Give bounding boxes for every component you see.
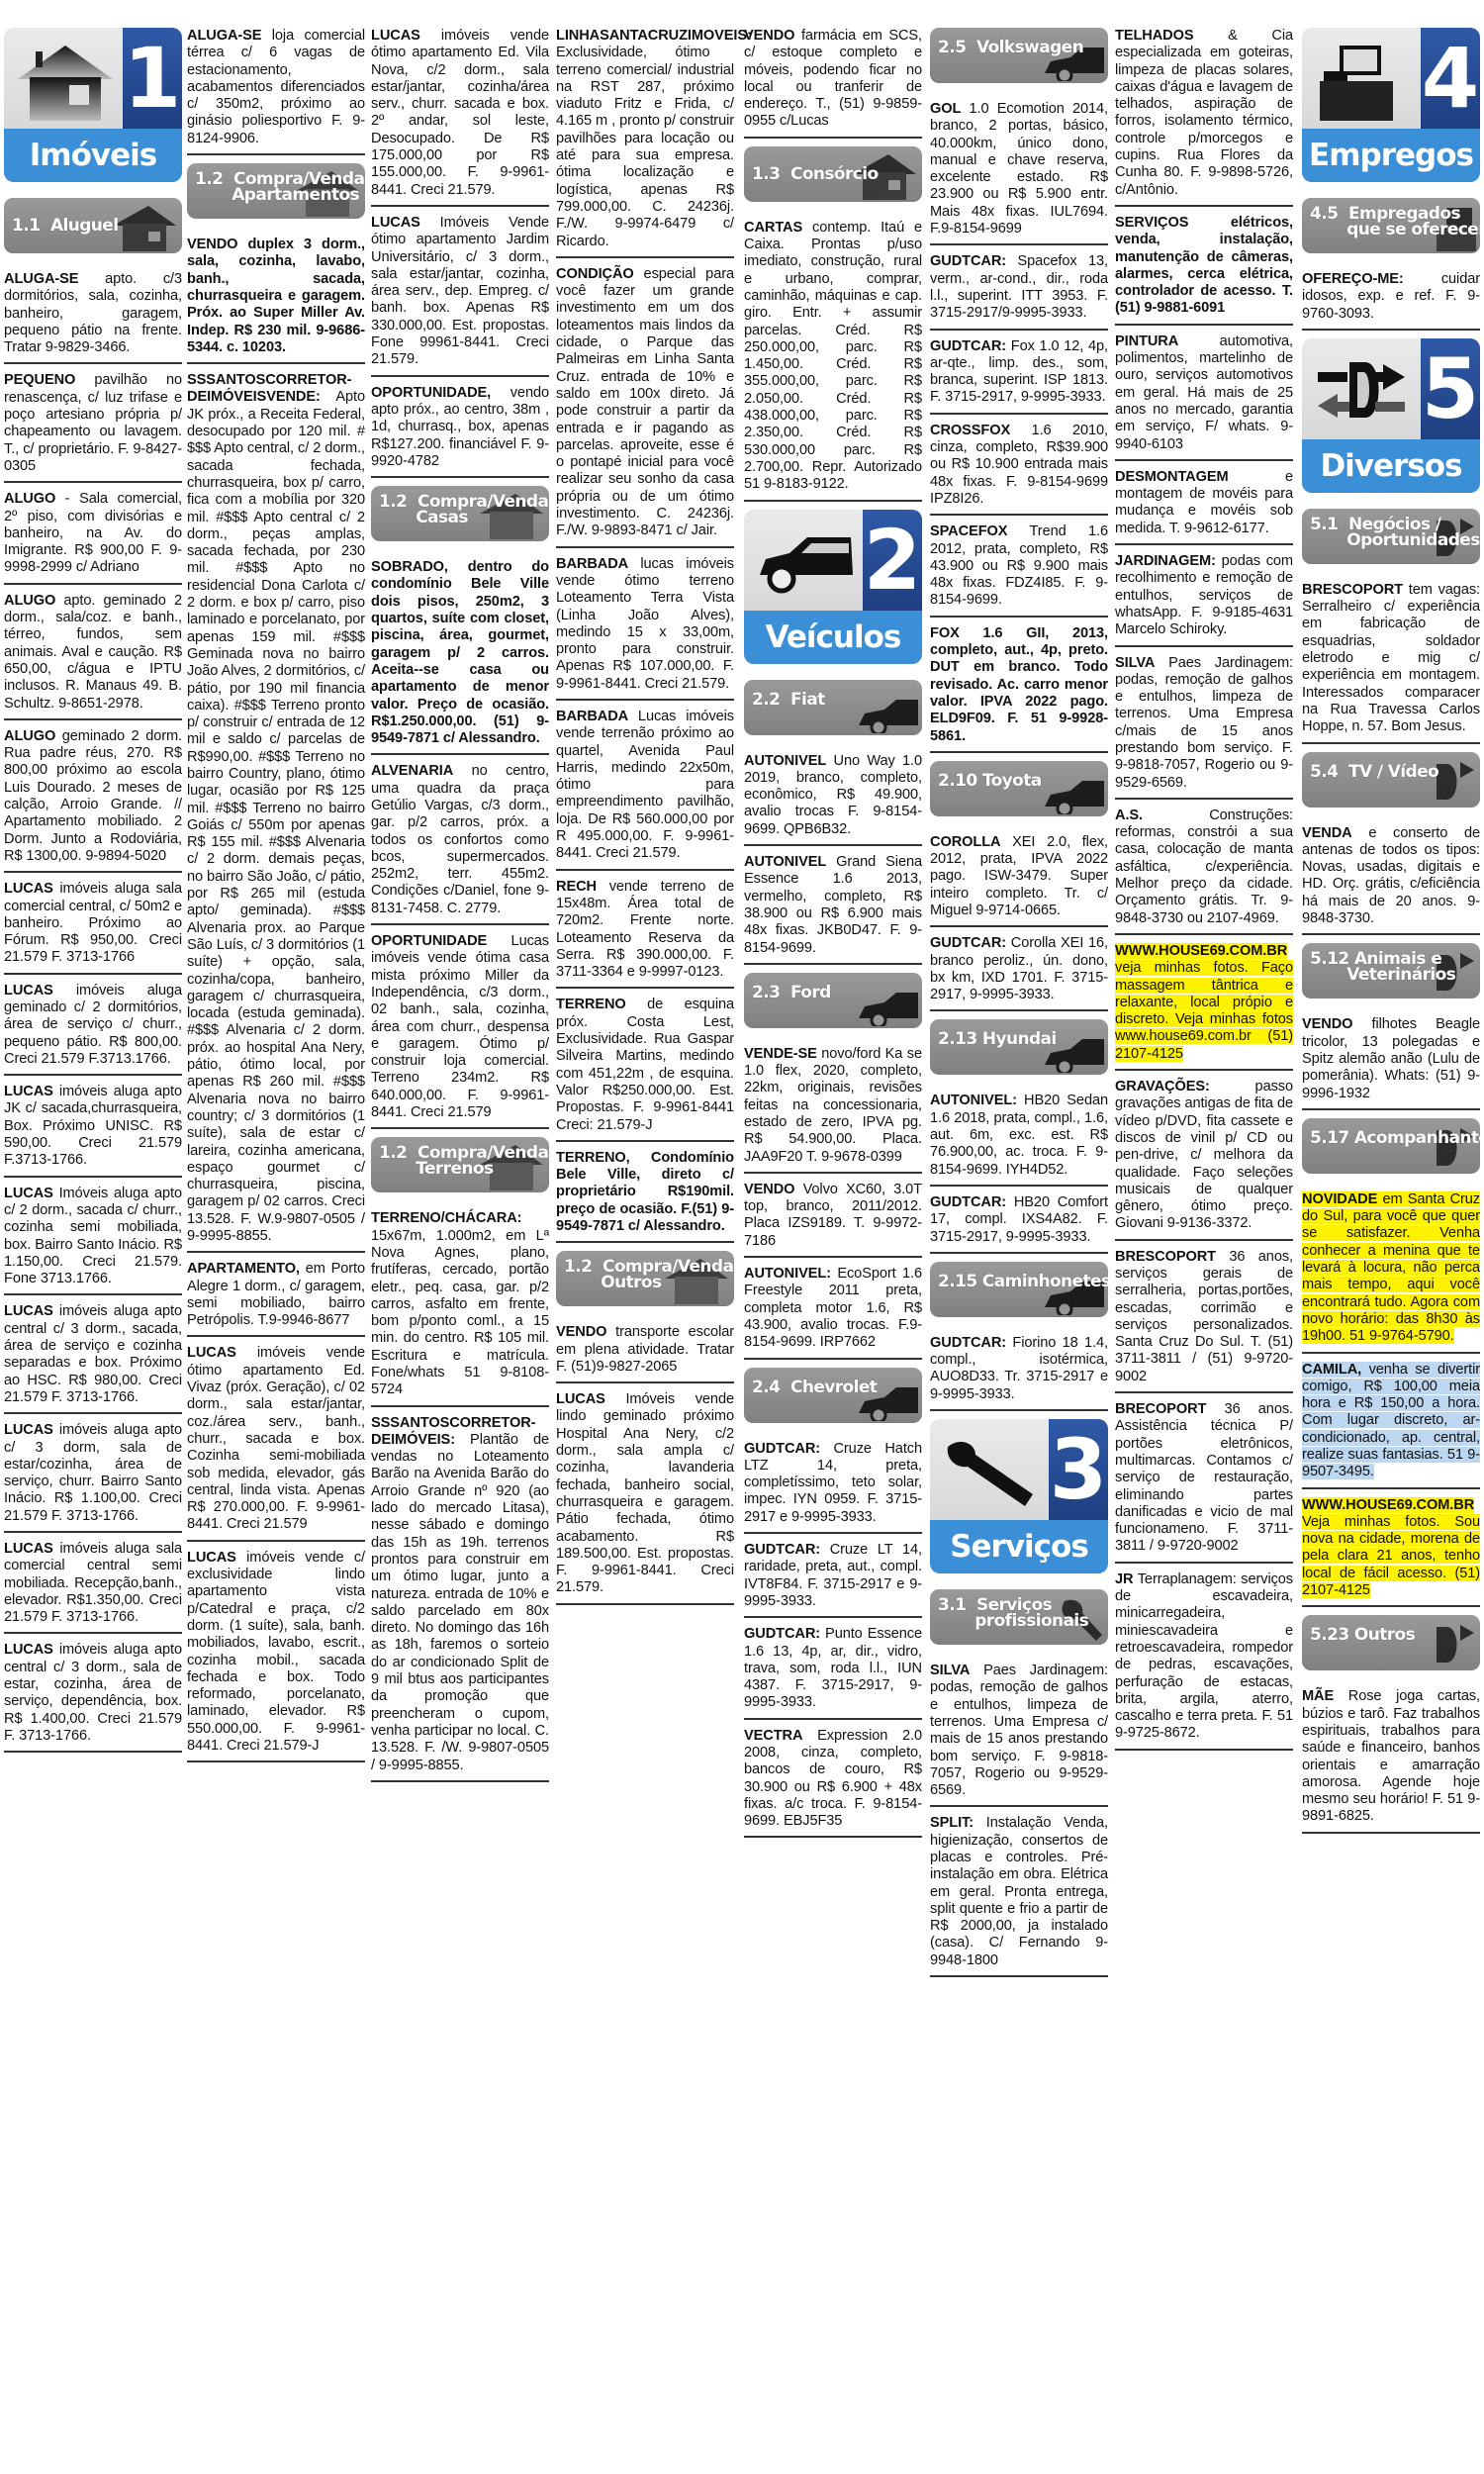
- ads-list: VENDO transporte escolar em plena ativid…: [556, 1324, 734, 1604]
- ads-list: NOVIDADE em Santa Cruz do Sul, para você…: [1302, 1191, 1480, 1608]
- ad-keyword: CROSSFOX: [930, 423, 1010, 438]
- ads-list: AUTONIVEL: HB20 Sedan 1.6 2018, prata, c…: [930, 1093, 1108, 1253]
- subsection-label: 1.1 Aluguel: [12, 218, 118, 234]
- ad-keyword: SPACEFOX: [930, 523, 1007, 539]
- classified-ad: LUCAS imóveis aluga apto JK c/ sacada,ch…: [4, 1084, 182, 1177]
- classified-ad: MÃE Rose joga cartas, búzios e tarô. Faz…: [1302, 1688, 1480, 1833]
- column-7: TELHADOS & Cia especializada em goteiras…: [1115, 28, 1293, 1759]
- wrench-icon: [942, 1433, 1041, 1512]
- ad-text: automotiva, polimentos, martelinho de ou…: [1115, 333, 1293, 452]
- subsection-header-terrenos: 1.2 Compra/Venda Terrenos: [371, 1137, 549, 1192]
- subsection-header-casas: 1.2 Compra/Venda Casas: [371, 486, 549, 541]
- ad-text: no centro, uma quadra da praça Getúlio V…: [371, 763, 549, 915]
- classified-ad: LUCAS Imóveis aluga apto c/ 2 dorm., sac…: [4, 1186, 182, 1296]
- classified-ad: VENDO duplex 3 dorm., sala, cozinha, lav…: [187, 237, 365, 364]
- ads-list: GOL 1.0 Ecomotion 2014, branco, 2 portas…: [930, 101, 1108, 753]
- ad-keyword: BARBADA: [556, 709, 628, 724]
- ad-text: em Santa Cruz do Sul, para você que quer…: [1302, 1191, 1480, 1344]
- ad-text: passo gravações antigas de fita de vídeo…: [1115, 1079, 1293, 1231]
- ads-list: VENDA e conserto de antenas de todos os …: [1302, 825, 1480, 936]
- ad-keyword: SILVA: [930, 1663, 970, 1678]
- ad-keyword: FOX 1.6 GII, 2013, completo, aut., 4p, p…: [930, 625, 1108, 744]
- classified-ad: FOX 1.6 GII, 2013, completo, aut., 4p, p…: [930, 625, 1108, 753]
- ad-keyword: LUCAS: [556, 1391, 605, 1407]
- ad-keyword: LUCAS: [4, 881, 53, 897]
- classified-ad: LUCAS imóveis aluga sala comercial centr…: [4, 1541, 182, 1634]
- ad-text: 15x67m, 1.000m2, em Lª Nova Agnes, plano…: [371, 1228, 549, 1398]
- ad-text: de esquina próx. Costa Lest, Exclusivida…: [556, 997, 734, 1132]
- classified-ad: SILVA Paes Jardinagem: podas, remoção de…: [1115, 655, 1293, 800]
- ad-text: contemp. Itaú e Caixa. Prontas p/uso ime…: [744, 220, 922, 492]
- ads-list: VENDO duplex 3 dorm., sala, cozinha, lav…: [187, 237, 365, 1762]
- ad-text: loja comercial térrea c/ 6 vagas de esta…: [187, 28, 365, 146]
- subsection-label: 5.12 Animais e Veterinários: [1310, 951, 1455, 983]
- ad-keyword: WWW.HOUSE69.COM.BR: [1302, 1497, 1474, 1513]
- classified-ad: GUDTCAR: HB20 Comfort 17, compl. IXS4A82…: [930, 1194, 1108, 1254]
- section-number: 1: [123, 28, 182, 129]
- classifieds-page: 1 Imóveis 1.1 Aluguel ALUGA-SE apto. c/3…: [0, 0, 1484, 2474]
- ad-keyword: LUCAS: [371, 215, 420, 231]
- ad-keyword: LUCAS: [4, 1642, 53, 1658]
- classified-ad: A.S. Construções: reformas, constrói a s…: [1115, 808, 1293, 935]
- subsection-header-consorcio: 1.3 Consórcio: [744, 146, 922, 202]
- ad-text: lucas imóveis vende ótimo terreno Loteam…: [556, 556, 734, 692]
- classified-ad: RECH vende terreno de 15x48m. Área total…: [556, 879, 734, 990]
- section-title: Imóveis: [4, 129, 182, 182]
- ad-keyword: GUDTCAR:: [744, 1626, 820, 1642]
- ad-keyword: TELHADOS: [1115, 28, 1193, 44]
- classified-ad: VENDO farmácia em SCS, c/ estoque comple…: [744, 28, 922, 139]
- ad-keyword: GOL: [930, 101, 961, 117]
- subsection-header-chevrolet: 2.4 Chevrolet: [744, 1368, 922, 1423]
- ad-text: Instalação Venda, higienização, conserto…: [930, 1815, 1108, 1967]
- ad-text: Imóveis vende lindo geminado próximo Hos…: [556, 1391, 734, 1595]
- subsection-header-apartamentos: 1.2 Compra/Venda Apartamentos: [187, 163, 365, 219]
- classified-ad: SPACEFOX Trend 1.6 2012, prata, completo…: [930, 523, 1108, 617]
- ad-keyword: RECH: [556, 879, 597, 895]
- ad-keyword: VENDE-SE: [744, 1046, 817, 1062]
- subsection-header-toyota: 2.10 Toyota: [930, 761, 1108, 816]
- classified-ad: ALUGO geminado 2 dorm. Rua padre réus, 2…: [4, 728, 182, 873]
- subsection-header-acompanhantes: 5.17 Acompanhantes: [1302, 1118, 1480, 1174]
- ad-keyword: AUTONIVEL: [744, 854, 826, 870]
- classified-ad: GUDTCAR: Cruze Hatch LTZ 14, preta, comp…: [744, 1441, 922, 1534]
- ad-text: Apto JK próx., a Receita Federal, desocu…: [187, 389, 365, 1244]
- subsection-label: 5.17 Acompanhantes: [1310, 1130, 1480, 1146]
- classified-ad: BARBADA Lucas imóveis vende terrenão pró…: [556, 709, 734, 871]
- ad-keyword: GUDTCAR:: [744, 1542, 820, 1558]
- classified-ad: GUDTCAR: Fox 1.0 12, 4p, ar-qte., limp. …: [930, 338, 1108, 415]
- section-tile-veiculos: 2 Veículos: [744, 510, 922, 664]
- ad-keyword: LUCAS: [4, 983, 53, 999]
- classified-ad: ALVENARIA no centro, uma quadra da praça…: [371, 763, 549, 925]
- ads-list: TELHADOS & Cia especializada em goteiras…: [1115, 28, 1293, 1751]
- classified-ad: WWW.HOUSE69.COM.BR veja minhas fotos. Fa…: [1115, 943, 1293, 1071]
- car-icon: [756, 523, 855, 603]
- subsection-header-fiat: 2.2 Fiat: [744, 680, 922, 735]
- classified-ad: OPORTUNIDADE, vendo apto próx., ao centr…: [371, 385, 549, 478]
- ad-text: especial para você fazer um grande inves…: [556, 266, 734, 538]
- ads-list: SILVA Paes Jardinagem: podas, remoção de…: [930, 1663, 1108, 1977]
- ad-keyword: ALUGA-SE: [4, 271, 78, 287]
- ads-list: LUCAS imóveis vende ótimo apartamento Ed…: [371, 28, 549, 478]
- ad-keyword: MÃE: [1302, 1688, 1334, 1704]
- classified-ad: SPLIT: Instalação Venda, higienização, c…: [930, 1815, 1108, 1977]
- ad-keyword: VENDO: [744, 28, 794, 44]
- classified-ad: COROLLA XEI 2.0, flex, 2012, prata, IPVA…: [930, 834, 1108, 927]
- ad-text: Terraplanagem: serviços de escavadeira, …: [1115, 1571, 1293, 1742]
- ads-list: ALUGA-SE loja comercial térrea c/ 6 vaga…: [187, 28, 365, 155]
- ad-keyword: TERRENO/CHÁCARA:: [371, 1210, 521, 1226]
- classified-ad: VENDO Volvo XC60, 3.0T top, branco, 2011…: [744, 1182, 922, 1258]
- ad-text: tem vagas: Serralheiro c/ experiência em…: [1302, 582, 1480, 734]
- column-6: 2.5 Volkswagen GOL 1.0 Ecomotion 2014, b…: [930, 28, 1108, 1985]
- ad-keyword: LUCAS: [371, 28, 420, 44]
- ad-keyword: WWW.HOUSE69.COM.BR: [1115, 943, 1287, 959]
- ads-list: COROLLA XEI 2.0, flex, 2012, prata, IPVA…: [930, 834, 1108, 1012]
- column-5: VENDO farmácia em SCS, c/ estoque comple…: [744, 28, 922, 1846]
- classified-ad: LUCAS imóveis aluga apto c/ 3 dorm, sala…: [4, 1422, 182, 1533]
- classified-ad: DESMONTAGEM e montagem de movéis para mu…: [1115, 469, 1293, 545]
- ad-text: imóveis vende ótimo apartamento Ed. Viva…: [187, 1345, 365, 1532]
- subsection-label: 5.1 Negócios / Oportunidades: [1310, 517, 1480, 548]
- subsection-label: 2.3 Ford: [752, 985, 831, 1000]
- ad-keyword: LUCAS: [4, 1186, 53, 1201]
- classified-ad: SERVIÇOS elétricos, venda, instalação, m…: [1115, 215, 1293, 326]
- ad-keyword: PINTURA: [1115, 333, 1178, 349]
- ad-keyword: ALVENARIA: [371, 763, 453, 779]
- diversos-arrows-icon: [1314, 352, 1413, 431]
- ad-keyword: GUDTCAR:: [930, 253, 1006, 269]
- classified-ad: LUCAS imóveis vende ótimo apartamento Ed…: [371, 28, 549, 207]
- ads-list: TERRENO/CHÁCARA: 15x67m, 1.000m2, em Lª …: [371, 1210, 549, 1782]
- section-title: Serviços: [930, 1520, 1108, 1573]
- classified-ad: AUTONIVEL Grand Siena Essence 1.6 2013, …: [744, 854, 922, 965]
- section-tile-imoveis: 1 Imóveis: [4, 28, 182, 182]
- subsection-label: 2.13 Hyundai: [938, 1031, 1057, 1047]
- subsection-header-caminhonetes: 2.15 Caminhonetes: [930, 1262, 1108, 1317]
- ads-list: BRESCOPORT tem vagas: Serralheiro c/ exp…: [1302, 582, 1480, 744]
- classified-ad: BRECOPORT 36 anos. Assistência técnica P…: [1115, 1401, 1293, 1564]
- ad-keyword: GUDTCAR:: [930, 338, 1006, 354]
- ads-list: LINHASANTACRUZIMOVEIS: Exclusividade, ót…: [556, 28, 734, 1243]
- ad-keyword: BRECOPORT: [1115, 1401, 1206, 1417]
- subsection-header-tv-video: 5.4 TV / Vídeo: [1302, 752, 1480, 808]
- subsection-header-ford: 2.3 Ford: [744, 973, 922, 1028]
- ad-keyword: GUDTCAR:: [930, 1194, 1006, 1210]
- classified-ad: VENDA e conserto de antenas de todos os …: [1302, 825, 1480, 936]
- subsection-header-hyundai: 2.13 Hyundai: [930, 1019, 1108, 1075]
- ad-keyword: LUCAS: [187, 1550, 236, 1566]
- ad-text: Construções: reformas, constrói a sua ca…: [1115, 808, 1293, 926]
- ad-keyword: SPLIT:: [930, 1815, 974, 1831]
- ad-text: Exclusividade, ótimo terreno comercial/ …: [556, 45, 734, 248]
- ad-text: geminado 2 dorm. Rua padre réus, 270. R$…: [4, 728, 182, 864]
- subsection-label: 2.4 Chevrolet: [752, 1380, 877, 1395]
- ad-keyword: VENDO duplex 3 dorm., sala, cozinha, lav…: [187, 237, 365, 355]
- classified-ad: CARTAS contemp. Itaú e Caixa. Prontas p/…: [744, 220, 922, 502]
- house-icon: [16, 42, 115, 121]
- ad-keyword: OPORTUNIDADE: [371, 933, 487, 949]
- classified-ad: APARTAMENTO, em Porto Alegre 1 dorm., c/…: [187, 1261, 365, 1337]
- classified-ad: AUTONIVEL: EcoSport 1.6 Freestyle 2011 p…: [744, 1266, 922, 1359]
- ad-keyword: LUCAS: [4, 1541, 53, 1557]
- classified-ad: TERRENO de esquina próx. Costa Lest, Exc…: [556, 997, 734, 1141]
- subsection-header-aluguel: 1.1 Aluguel: [4, 198, 182, 253]
- ad-keyword: JR: [1115, 1571, 1133, 1587]
- subsection-label: 2.10 Toyota: [938, 773, 1042, 789]
- classified-ad: JR Terraplanagem: serviços de escavadeir…: [1115, 1571, 1293, 1751]
- ad-keyword: AUTONIVEL:: [930, 1093, 1017, 1108]
- ad-text: Paes Jardinagem: podas, remoção de galho…: [930, 1663, 1108, 1798]
- desk-computer-icon: [1314, 42, 1413, 121]
- ad-keyword: APARTAMENTO,: [187, 1261, 300, 1277]
- classified-ad: BRESCOPORT 36 anos, serviços gerais de s…: [1115, 1249, 1293, 1393]
- ad-keyword: VENDO: [556, 1324, 606, 1340]
- classified-ad: ALUGO apto. geminado 2 dorm., sala/coz. …: [4, 593, 182, 720]
- classified-ad: CROSSFOX 1.6 2010, cinza, completo, R$39…: [930, 423, 1108, 516]
- ads-list: VENDO filhotes Beagle tricolor, 13 poleg…: [1302, 1016, 1480, 1109]
- subsection-header-animais: 5.12 Animais e Veterinários: [1302, 943, 1480, 999]
- ad-keyword: GUDTCAR:: [930, 935, 1006, 951]
- ads-list: SOBRADO, dentro do condomínio Bele Ville…: [371, 559, 549, 1129]
- classified-ad: BRESCOPORT tem vagas: Serralheiro c/ exp…: [1302, 582, 1480, 744]
- classified-ad: LUCAS imóveis aluga apto central c/ 3 do…: [4, 1303, 182, 1414]
- ad-keyword: TERRENO, Condomínio Bele Ville, direto c…: [556, 1150, 734, 1234]
- classified-ad: PINTURA automotiva, polimentos, martelin…: [1115, 333, 1293, 461]
- classified-ad: LUCAS Imóveis vende lindo geminado próxi…: [556, 1391, 734, 1605]
- ad-keyword: GRAVAÇÕES:: [1115, 1079, 1210, 1094]
- classified-ad: SSSANTOSCORRETOR-DEIMÓVEISVENDE: Apto JK…: [187, 372, 365, 1253]
- ad-keyword: VECTRA: [744, 1728, 802, 1744]
- classified-ad: LUCAS imóveis aluga sala comercial centr…: [4, 881, 182, 974]
- ad-keyword: ALUGA-SE: [187, 28, 261, 44]
- ad-keyword: ALUGO: [4, 728, 55, 744]
- car-icon: [849, 686, 918, 733]
- ad-text: Plantão de vendas no Loteamento Barão na…: [371, 1432, 549, 1773]
- ad-keyword: BARBADA: [556, 556, 628, 572]
- ad-keyword: BRESCOPORT: [1302, 582, 1403, 598]
- ad-text: Veja minhas fotos. Sou nova na cidade, m…: [1302, 1514, 1480, 1598]
- ad-text: Rose joga cartas, búzios e tarô. Faz tra…: [1302, 1688, 1480, 1824]
- ad-keyword: GUDTCAR:: [930, 1335, 1006, 1351]
- ad-text: Imóveis Vende ótimo apartamento Jardim U…: [371, 215, 549, 367]
- classified-ad: BARBADA lucas imóveis vende ótimo terren…: [556, 556, 734, 701]
- section-number: 5: [1421, 338, 1480, 439]
- classified-ad: LUCAS imóveis aluga geminado c/ 2 dormit…: [4, 983, 182, 1076]
- section-title: Veículos: [744, 611, 922, 664]
- subsection-label: 4.5 Empregados que se oferecem: [1310, 206, 1480, 238]
- ad-keyword: BRESCOPORT: [1115, 1249, 1216, 1265]
- ad-text: 1.0 Ecomotion 2014, branco, 2 portas, bá…: [930, 101, 1108, 237]
- ad-keyword: CARTAS: [744, 220, 802, 236]
- ad-text: apto. geminado 2 dorm., sala/coz. e banh…: [4, 593, 182, 712]
- ad-keyword: AUTONIVEL:: [744, 1266, 831, 1282]
- classified-ad: VENDE-SE novo/ford Ka se 1.0 flex, 2020,…: [744, 1046, 922, 1174]
- ad-keyword: VENDA: [1302, 825, 1352, 841]
- section-tile-diversos: 5 Diversos: [1302, 338, 1480, 493]
- subsection-label: 1.2 Compra/Venda Apartamentos: [195, 171, 364, 203]
- subsection-header-volkswagen: 2.5 Volkswagen: [930, 28, 1108, 83]
- section-title: Diversos: [1302, 439, 1480, 493]
- ad-keyword: ALUGO: [4, 593, 55, 609]
- classified-ad: GUDTCAR: Cruze LT 14, raridade, preta, a…: [744, 1542, 922, 1618]
- section-title: Empregos: [1302, 129, 1480, 182]
- ads-list: GUDTCAR: Fiorino 18 1.4, compl., isotérm…: [930, 1335, 1108, 1411]
- ads-list: ALUGA-SE apto. c/3 dormitórios, sala, co…: [4, 271, 182, 1753]
- diversos-arrows-icon: [1407, 1621, 1476, 1668]
- classified-ad: WWW.HOUSE69.COM.BR Veja minhas fotos. So…: [1302, 1497, 1480, 1608]
- ads-list: OFEREÇO-ME: cuidar idosos, exp. e ref. F…: [1302, 271, 1480, 331]
- subsection-label: 2.15 Caminhonetes: [938, 1274, 1108, 1289]
- classified-ad: GRAVAÇÕES: passo gravações antigas de fi…: [1115, 1079, 1293, 1241]
- ads-list: VENDE-SE novo/ford Ka se 1.0 flex, 2020,…: [744, 1046, 922, 1360]
- ad-keyword: TERRENO: [556, 997, 626, 1012]
- section-number: 2: [863, 510, 922, 611]
- ad-keyword: PEQUENO: [4, 372, 75, 388]
- classified-ad: VECTRA Expression 2.0 2008, cinza, compl…: [744, 1728, 922, 1839]
- ad-text: venha se divertir comigo, R$ 100,00 meia…: [1302, 1362, 1480, 1480]
- section-tile-empregos: 4 Empregos: [1302, 28, 1480, 182]
- ad-text: novo/ford Ka se 1.0 flex, 2020, completo…: [744, 1046, 922, 1165]
- classified-ad: LUCAS imóveis vende c/ exclusividade lin…: [187, 1550, 365, 1763]
- subsection-label: 1.2 Compra/Venda Casas: [379, 494, 548, 525]
- subsection-label: 1.3 Consórcio: [752, 166, 879, 182]
- ad-keyword: COROLLA: [930, 834, 1000, 850]
- classified-ad: GUDTCAR: Corolla XEI 16, branco peroliz.…: [930, 935, 1108, 1011]
- column-4: LINHASANTACRUZIMOVEIS: Exclusividade, ót…: [556, 28, 734, 1613]
- subsection-label: 5.4 TV / Vídeo: [1310, 764, 1438, 780]
- ad-keyword: NOVIDADE: [1302, 1191, 1377, 1207]
- ad-text: 36 anos, serviços gerais de serralheria,…: [1115, 1249, 1293, 1384]
- classified-ad: GUDTCAR: Fiorino 18 1.4, compl., isotérm…: [930, 1335, 1108, 1411]
- classified-ad: CAMILA, venha se divertir comigo, R$ 100…: [1302, 1362, 1480, 1489]
- ad-keyword: VENDO: [1302, 1016, 1352, 1032]
- ad-keyword: JARDINAGEM:: [1115, 553, 1216, 569]
- ad-keyword: CAMILA,: [1302, 1362, 1361, 1378]
- classified-ad: GOL 1.0 Ecomotion 2014, branco, 2 portas…: [930, 101, 1108, 245]
- ads-list: CARTAS contemp. Itaú e Caixa. Prontas p/…: [744, 220, 922, 502]
- ad-keyword: VENDO: [744, 1182, 794, 1197]
- classified-ad: TERRENO/CHÁCARA: 15x67m, 1.000m2, em Lª …: [371, 1210, 549, 1406]
- subsection-label: 1.2 Compra/Venda Terrenos: [379, 1145, 548, 1177]
- ad-keyword: LINHASANTACRUZIMOVEIS:: [556, 28, 752, 44]
- classified-ad: VENDO transporte escolar em plena ativid…: [556, 1324, 734, 1383]
- classified-ad: SSSANTOSCORRETOR-DEIMÓVEIS: Plantão de v…: [371, 1415, 549, 1782]
- subsection-header-outros-diversos: 5.23 Outros: [1302, 1615, 1480, 1670]
- classified-ad: LUCAS imóveis aluga apto central c/ 3 do…: [4, 1642, 182, 1753]
- classified-ad: LINHASANTACRUZIMOVEIS: Exclusividade, ót…: [556, 28, 734, 258]
- car-icon: [1035, 767, 1104, 814]
- ad-keyword: SERVIÇOS elétricos, venda, instalação, m…: [1115, 215, 1293, 316]
- classified-ad: SOBRADO, dentro do condomínio Bele Ville…: [371, 559, 549, 755]
- subsection-header-empregados: 4.5 Empregados que se oferecem: [1302, 198, 1480, 253]
- ads-list: MÃE Rose joga cartas, búzios e tarô. Faz…: [1302, 1688, 1480, 1833]
- classified-ad: AUTONIVEL Uno Way 1.0 2019, branco, comp…: [744, 753, 922, 846]
- ads-list: AUTONIVEL Uno Way 1.0 2019, branco, comp…: [744, 753, 922, 965]
- classified-ad: ALUGA-SE loja comercial térrea c/ 6 vaga…: [187, 28, 365, 155]
- ads-list: VENDO farmácia em SCS, c/ estoque comple…: [744, 28, 922, 139]
- classified-ad: VENDO filhotes Beagle tricolor, 13 poleg…: [1302, 1016, 1480, 1109]
- classified-ad: ALUGO - Sala comercial, 2º piso, com div…: [4, 491, 182, 584]
- ad-keyword: CONDIÇÃO: [556, 266, 634, 282]
- section-number: 3: [1049, 1419, 1108, 1520]
- house-icon: [109, 204, 178, 251]
- ad-keyword: ALUGO: [4, 491, 55, 507]
- ad-keyword: OFEREÇO-ME:: [1302, 271, 1404, 287]
- subsection-header-negocios: 5.1 Negócios / Oportunidades: [1302, 509, 1480, 564]
- section-tile-servicos: 3 Serviços: [930, 1419, 1108, 1573]
- ad-keyword: LUCAS: [4, 1084, 53, 1099]
- column-8: 4 Empregos 4.5 Empregados que se oferece…: [1302, 28, 1480, 1842]
- classified-ad: NOVIDADE em Santa Cruz do Sul, para você…: [1302, 1191, 1480, 1354]
- classified-ad: ALUGA-SE apto. c/3 dormitórios, sala, co…: [4, 271, 182, 364]
- ad-keyword: GUDTCAR:: [744, 1441, 820, 1457]
- ads-list: GUDTCAR: Cruze Hatch LTZ 14, preta, comp…: [744, 1441, 922, 1839]
- ad-text: Lucas imóveis vende terrenão próximo ao …: [556, 709, 734, 861]
- subsection-label: 2.5 Volkswagen: [938, 40, 1083, 55]
- ad-text: 36 anos. Assistência técnica P/ portões …: [1115, 1401, 1293, 1554]
- classified-ad: LUCAS Imóveis Vende ótimo apartamento Ja…: [371, 215, 549, 377]
- ad-text: imóveis vende ótimo apartamento Ed. Vila…: [371, 28, 549, 198]
- column-3: LUCAS imóveis vende ótimo apartamento Ed…: [371, 28, 549, 1790]
- section-number: 4: [1421, 28, 1480, 129]
- ad-keyword: DESMONTAGEM: [1115, 469, 1229, 485]
- ad-keyword: LUCAS: [4, 1422, 53, 1438]
- car-icon: [849, 979, 918, 1026]
- classified-ad: LUCAS imóveis vende ótimo apartamento Ed…: [187, 1345, 365, 1541]
- ad-keyword: LUCAS: [187, 1345, 236, 1361]
- ad-keyword: SILVA: [1115, 655, 1155, 671]
- classified-ad: TERRENO, Condomínio Bele Ville, direto c…: [556, 1150, 734, 1243]
- classified-ad: GUDTCAR: Punto Essence 1.6 13, 4p, ar, d…: [744, 1626, 922, 1719]
- classified-ad: OPORTUNIDADE Lucas imóveis vende ótima c…: [371, 933, 549, 1129]
- column-2: ALUGA-SE loja comercial térrea c/ 6 vaga…: [187, 28, 365, 1770]
- classified-ad: CONDIÇÃO especial para você fazer um gra…: [556, 266, 734, 548]
- classified-ad: SILVA Paes Jardinagem: podas, remoção de…: [930, 1663, 1108, 1807]
- ad-keyword: A.S.: [1115, 808, 1143, 823]
- subsection-label: 5.23 Outros: [1310, 1627, 1415, 1643]
- ad-keyword: AUTONIVEL: [744, 753, 826, 769]
- ad-text: & Cia especializada em goteiras, limpeza…: [1115, 28, 1293, 198]
- subsection-header-outros: 1.2 Compra/Venda Outros: [556, 1251, 734, 1306]
- subsection-header-servicos-profissionais: 3.1 Serviços profissionais: [930, 1589, 1108, 1645]
- ad-text: Paes Jardinagem: podas, remoção de galho…: [1115, 655, 1293, 791]
- classified-ad: TELHADOS & Cia especializada em goteiras…: [1115, 28, 1293, 207]
- subsection-label: 2.2 Fiat: [752, 692, 825, 708]
- ad-keyword: SOBRADO, dentro do condomínio Bele Ville…: [371, 559, 549, 746]
- classified-ad: GUDTCAR: Spacefox 13, verm., ar-cond., d…: [930, 253, 1108, 330]
- classified-ad: OFEREÇO-ME: cuidar idosos, exp. e ref. F…: [1302, 271, 1480, 331]
- classified-ad: PEQUENO pavilhão no renascença, c/ luz t…: [4, 372, 182, 483]
- ad-text: imóveis vende c/ exclusividade lindo apa…: [187, 1550, 365, 1754]
- ad-keyword: LUCAS: [4, 1303, 53, 1319]
- ad-text: veja minhas fotos. Faço massagem tântric…: [1115, 960, 1293, 1061]
- classified-ad: JARDINAGEM: podas com recolhimento e rem…: [1115, 553, 1293, 646]
- subsection-label: 1.2 Compra/Venda Outros: [564, 1259, 733, 1290]
- classified-ad: AUTONIVEL: HB20 Sedan 1.6 2018, prata, c…: [930, 1093, 1108, 1186]
- ad-text: Lucas imóveis vende ótima casa mista pró…: [371, 933, 549, 1120]
- column-1: 1 Imóveis 1.1 Aluguel ALUGA-SE apto. c/3…: [4, 28, 182, 1760]
- subsection-label: 3.1 Serviços profissionais: [938, 1597, 1088, 1629]
- ad-keyword: OPORTUNIDADE,: [371, 385, 491, 401]
